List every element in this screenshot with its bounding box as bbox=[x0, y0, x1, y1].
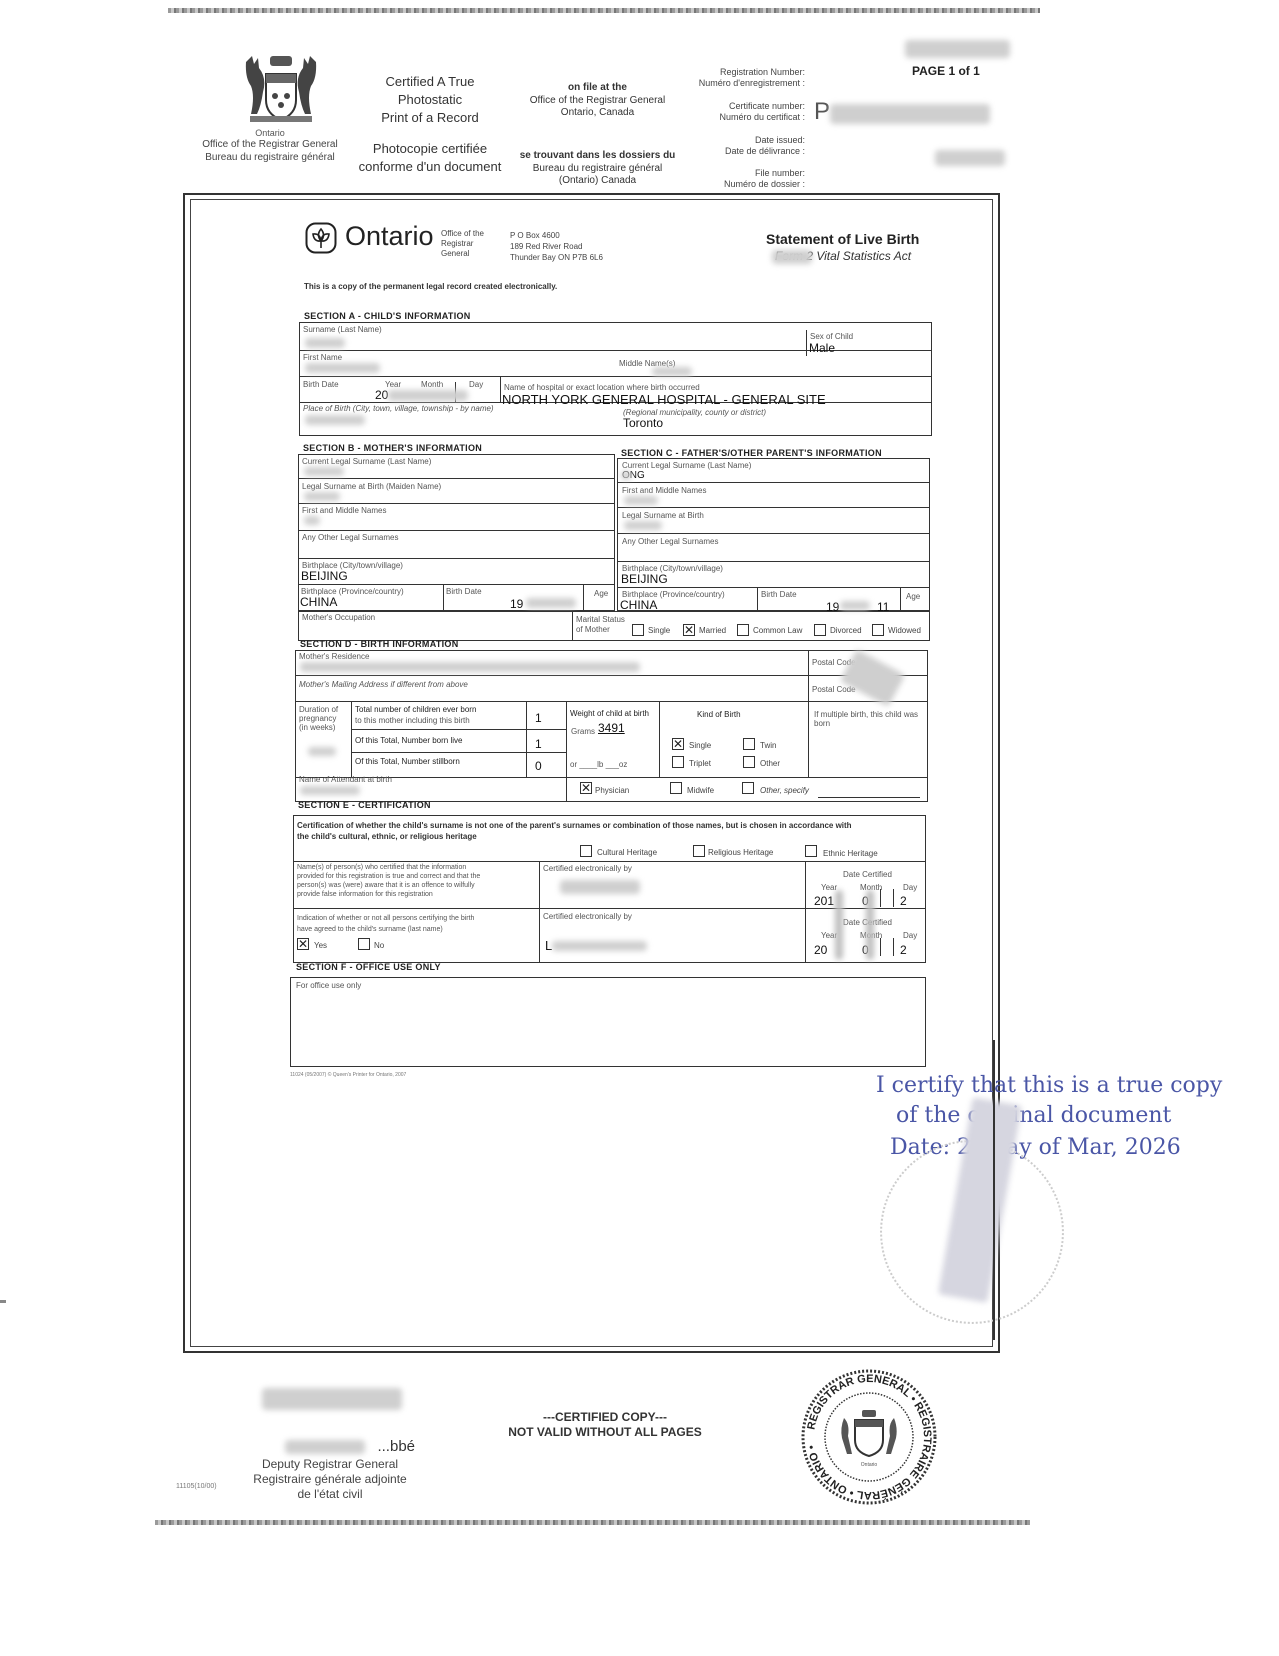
stillborn-value: 0 bbox=[535, 759, 542, 773]
certify-stamp-line1: I certify that this is a true copy bbox=[876, 1073, 1222, 1098]
redacted-date-2 bbox=[866, 890, 874, 960]
redacted-date-1 bbox=[835, 890, 843, 960]
office-use-label: For office use only bbox=[296, 981, 361, 990]
form-title: Statement of Live Birth bbox=[766, 231, 919, 247]
redacted-middle-name bbox=[652, 367, 692, 376]
agreement-no-label: No bbox=[374, 941, 384, 950]
redacted-mother-surname bbox=[304, 467, 344, 476]
grams-label: Grams bbox=[571, 727, 595, 736]
father-birthplace-prov-value: CHINA bbox=[620, 598, 657, 612]
mother-first-middle-label: First and Middle Names bbox=[302, 506, 386, 515]
father-birth-surname-label: Legal Surname at Birth bbox=[622, 511, 704, 520]
checkbox-common-law-label: Common Law bbox=[753, 626, 802, 635]
certified-by-label: Certified electronically by bbox=[543, 864, 632, 873]
checkbox-other-attendant[interactable] bbox=[742, 782, 754, 794]
checkbox-agreement-yes[interactable]: ✕ bbox=[297, 938, 309, 950]
redacted-father-birth-surname bbox=[624, 521, 662, 530]
date-certified-2-day: 2 bbox=[900, 943, 907, 957]
date-certified-year: 201 bbox=[814, 894, 834, 908]
date2-day-label: Day bbox=[903, 931, 917, 940]
redacted-place-of-birth bbox=[305, 415, 365, 425]
mother-occupation-label: Mother's Occupation bbox=[302, 613, 375, 622]
father-birthplace-city-value: BEIJING bbox=[621, 572, 668, 586]
redacted-signer-name bbox=[285, 1440, 365, 1454]
checkbox-divorced[interactable] bbox=[814, 624, 826, 636]
mother-birth-surname-label: Legal Surname at Birth (Maiden Name) bbox=[302, 482, 441, 491]
sex-label: Sex of Child bbox=[810, 332, 853, 341]
certified-copy-notice: ---CERTIFIED COPY--- NOT VALID WITHOUT A… bbox=[490, 1410, 720, 1440]
coat-of-arms-icon bbox=[236, 52, 326, 130]
footer-form-code: 11105(10/00) bbox=[176, 1483, 217, 1490]
total-children-label: Total number of children ever bornto thi… bbox=[355, 704, 476, 726]
redacted-birth-date bbox=[388, 390, 468, 401]
date-certified-day: 2 bbox=[900, 894, 907, 908]
office-use-box bbox=[290, 977, 926, 1067]
svg-text:Ontario: Ontario bbox=[861, 1462, 878, 1468]
father-current-surname-label: Current Legal Surname (Last Name) bbox=[622, 461, 751, 470]
redacted-first-name bbox=[305, 363, 380, 373]
date-certified-2-year: 20 bbox=[814, 943, 827, 957]
coat-of-arms-caption: Ontario bbox=[190, 128, 350, 139]
place-of-birth-label: Place of Birth (City, town, village, tow… bbox=[303, 404, 494, 413]
signer-title: Deputy Registrar General Registraire gén… bbox=[235, 1457, 425, 1502]
certified-by-2-label: Certified electronically by bbox=[543, 912, 632, 921]
redacted-duration bbox=[308, 747, 336, 756]
office-name-fr: Bureau du registraire général bbox=[190, 152, 350, 165]
pregnancy-duration-label: Duration ofpregnancy(in weeks) bbox=[299, 705, 338, 732]
checkbox-kind-other[interactable] bbox=[743, 756, 755, 768]
agreement-text: Indication of whether or not all persons… bbox=[297, 913, 474, 935]
checkbox-kind-single[interactable]: ✕ bbox=[672, 738, 684, 750]
weight-label: Weight of child at birth bbox=[570, 709, 649, 718]
cultural-heritage-label: Cultural Heritage bbox=[597, 848, 657, 857]
section-f-title: SECTION F - OFFICE USE ONLY bbox=[296, 962, 441, 972]
registration-number-label: Registration Number:Numéro d'enregistrem… bbox=[680, 67, 805, 89]
physician-label: Physician bbox=[595, 786, 629, 795]
section-a-title: SECTION A - CHILD'S INFORMATION bbox=[304, 311, 471, 321]
on-file-fr: se trouvant dans les dossiers du Bureau … bbox=[505, 150, 690, 188]
mother-birthplace-prov-value: CHINA bbox=[300, 595, 337, 609]
lb-oz-label: or ____lb ___oz bbox=[570, 760, 627, 769]
father-other-surnames-label: Any Other Legal Surnames bbox=[622, 537, 719, 546]
father-birth-day-value: 11 bbox=[877, 600, 889, 614]
birth-year-value: 20 bbox=[375, 388, 388, 402]
redacted-father-birth-date bbox=[840, 601, 870, 610]
attendant-label: Name of Attendant at birth bbox=[299, 775, 392, 784]
born-live-label: Of this Total, Number born live bbox=[355, 736, 462, 745]
checkbox-married-label: Married bbox=[699, 626, 726, 635]
certificate-number-value: P bbox=[814, 98, 830, 126]
certificate-number-label: Certificate number:Numéro du certificat … bbox=[680, 101, 805, 123]
redacted-child-surname bbox=[305, 338, 345, 348]
checkbox-widowed-label: Widowed bbox=[888, 626, 921, 635]
multiple-birth-label: If multiple birth, this child wasborn bbox=[814, 710, 918, 728]
marital-status-label: Marital Statusof Mother bbox=[576, 615, 625, 635]
checkbox-married[interactable]: ✕ bbox=[683, 624, 695, 636]
checkbox-widowed[interactable] bbox=[872, 624, 884, 636]
scan-edge-bottom bbox=[155, 1520, 1030, 1525]
sex-value: Male bbox=[809, 341, 835, 355]
scan-artifact bbox=[0, 1300, 6, 1303]
redacted-mother-maiden bbox=[304, 492, 340, 501]
father-first-middle-label: First and Middle Names bbox=[622, 486, 706, 495]
section-d-title: SECTION D - BIRTH INFORMATION bbox=[300, 639, 459, 649]
redacted-certifier-1 bbox=[560, 880, 640, 894]
redacted-father-surname bbox=[621, 471, 631, 480]
month-label: Month bbox=[421, 380, 443, 389]
kind-triplet-label: Triplet bbox=[689, 759, 711, 768]
form-number: 11024 (05/2007) © Queen's Printer for On… bbox=[290, 1072, 406, 1078]
scan-edge-top bbox=[168, 8, 1040, 13]
ontario-brand: Ontario bbox=[345, 221, 434, 252]
mailing-address-label: Mother's Mailing Address if different fr… bbox=[299, 680, 468, 689]
certify-stamp-line2: of the original document bbox=[896, 1103, 1171, 1128]
agreement-yes-label: Yes bbox=[314, 941, 327, 950]
redacted-registrar-signature bbox=[262, 1388, 402, 1410]
checkbox-single-label: Single bbox=[648, 626, 670, 635]
section-e-title: SECTION E - CERTIFICATION bbox=[298, 800, 431, 810]
first-name-label: First Name bbox=[303, 353, 342, 362]
redacted-file-number bbox=[935, 150, 1005, 166]
father-age-label: Age bbox=[906, 592, 920, 601]
checkbox-cultural-heritage[interactable] bbox=[580, 845, 592, 857]
file-number-label: File number:Numéro de dossier : bbox=[680, 168, 805, 190]
mother-current-surname-label: Current Legal Surname (Last Name) bbox=[302, 457, 431, 466]
checkbox-common-law[interactable] bbox=[737, 624, 749, 636]
form-address: P O Box 4600189 Red River RoadThunder Ba… bbox=[510, 230, 603, 263]
surname-label: Surname (Last Name) bbox=[303, 325, 382, 334]
redacted-certifier-2 bbox=[552, 941, 647, 951]
heritage-text: Certification of whether the child's sur… bbox=[297, 820, 852, 842]
section-c-box bbox=[617, 458, 930, 611]
stillborn-label: Of this Total, Number stillborn bbox=[355, 757, 460, 766]
date-day-label: Day bbox=[903, 883, 917, 892]
hospital-value: NORTH YORK GENERAL HOSPITAL - GENERAL SI… bbox=[502, 392, 826, 407]
mother-birth-date-value: 19 bbox=[510, 597, 523, 611]
checkbox-single[interactable] bbox=[632, 624, 644, 636]
mother-age-label: Age bbox=[594, 589, 608, 598]
born-live-value: 1 bbox=[535, 737, 542, 751]
section-b-title: SECTION B - MOTHER'S INFORMATION bbox=[303, 443, 482, 453]
father-birth-date-value: 19 bbox=[826, 600, 839, 614]
other-attendant-label: Other, specify bbox=[760, 786, 809, 795]
residence-label: Mother's Residence bbox=[299, 652, 369, 661]
checkbox-religious-heritage[interactable] bbox=[693, 845, 705, 857]
redacted-subtitle bbox=[772, 250, 812, 264]
certified-true-fr: Photocopie certifiée conforme d'un docum… bbox=[345, 140, 515, 176]
midwife-label: Midwife bbox=[687, 786, 714, 795]
mother-other-surnames-label: Any Other Legal Surnames bbox=[302, 533, 399, 542]
redacted-mother-first bbox=[304, 516, 320, 525]
electronic-record-notice: This is a copy of the permanent legal re… bbox=[304, 282, 557, 291]
date-year-label: Year bbox=[821, 883, 837, 892]
redacted-residence bbox=[300, 662, 640, 672]
form-office: Office of theRegistrarGeneral bbox=[441, 229, 484, 259]
ethnic-heritage-label: Ethnic Heritage bbox=[823, 849, 878, 858]
certifier-statement: Name(s) of person(s) who certified that … bbox=[297, 863, 480, 899]
checkbox-ethnic-heritage[interactable] bbox=[805, 845, 817, 857]
date-issued-label: Date issued:Date de délivrance : bbox=[680, 135, 805, 157]
on-file-en: on file at the Office of the Registrar G… bbox=[510, 82, 685, 120]
page-indicator: PAGE 1 of 1 bbox=[912, 64, 980, 78]
mother-birth-date-label: Birth Date bbox=[446, 587, 482, 596]
religious-heritage-label: Religious Heritage bbox=[708, 848, 773, 857]
mother-birthplace-city-value: BEIJING bbox=[301, 569, 348, 583]
redacted-registration bbox=[905, 40, 1010, 58]
redacted-mother-birth-date bbox=[526, 598, 576, 608]
redacted-father-first bbox=[624, 496, 658, 505]
checkbox-agreement-no[interactable] bbox=[358, 938, 370, 950]
father-birth-date-label: Birth Date bbox=[761, 590, 797, 599]
region-value: Toronto bbox=[623, 416, 663, 430]
certified-true-en: Certified A True Photostatic Print of a … bbox=[360, 73, 500, 127]
redacted-certificate bbox=[830, 104, 990, 124]
ontario-trillium-logo-icon bbox=[305, 222, 337, 254]
date-certified-label: Date Certified bbox=[843, 870, 892, 879]
kind-of-birth-label: Kind of Birth bbox=[697, 710, 741, 719]
kind-single-label: Single bbox=[689, 741, 711, 750]
kind-twin-label: Twin bbox=[760, 741, 776, 750]
checkbox-midwife[interactable] bbox=[670, 782, 682, 794]
total-children-value: 1 bbox=[535, 711, 542, 725]
grams-value: 3491 bbox=[598, 721, 625, 735]
office-name-en: Office of the Registrar General bbox=[190, 139, 350, 152]
registrar-general-seal-icon: REGISTRAR GENERAL • REGISTRAIRE GÉNÉRAL … bbox=[800, 1368, 938, 1506]
redacted-attendant bbox=[300, 786, 360, 795]
checkbox-physician[interactable]: ✕ bbox=[580, 782, 592, 794]
day-label: Day bbox=[469, 380, 483, 389]
birth-date-label: Birth Date bbox=[303, 380, 339, 389]
checkbox-kind-twin[interactable] bbox=[743, 738, 755, 750]
kind-other-label: Other bbox=[760, 759, 780, 768]
checkbox-kind-triplet[interactable] bbox=[672, 756, 684, 768]
section-c-title: SECTION C - FATHER'S/OTHER PARENT'S INFO… bbox=[621, 448, 882, 458]
hospital-label: Name of hospital or exact location where… bbox=[504, 383, 700, 392]
checkbox-divorced-label: Divorced bbox=[830, 626, 862, 635]
